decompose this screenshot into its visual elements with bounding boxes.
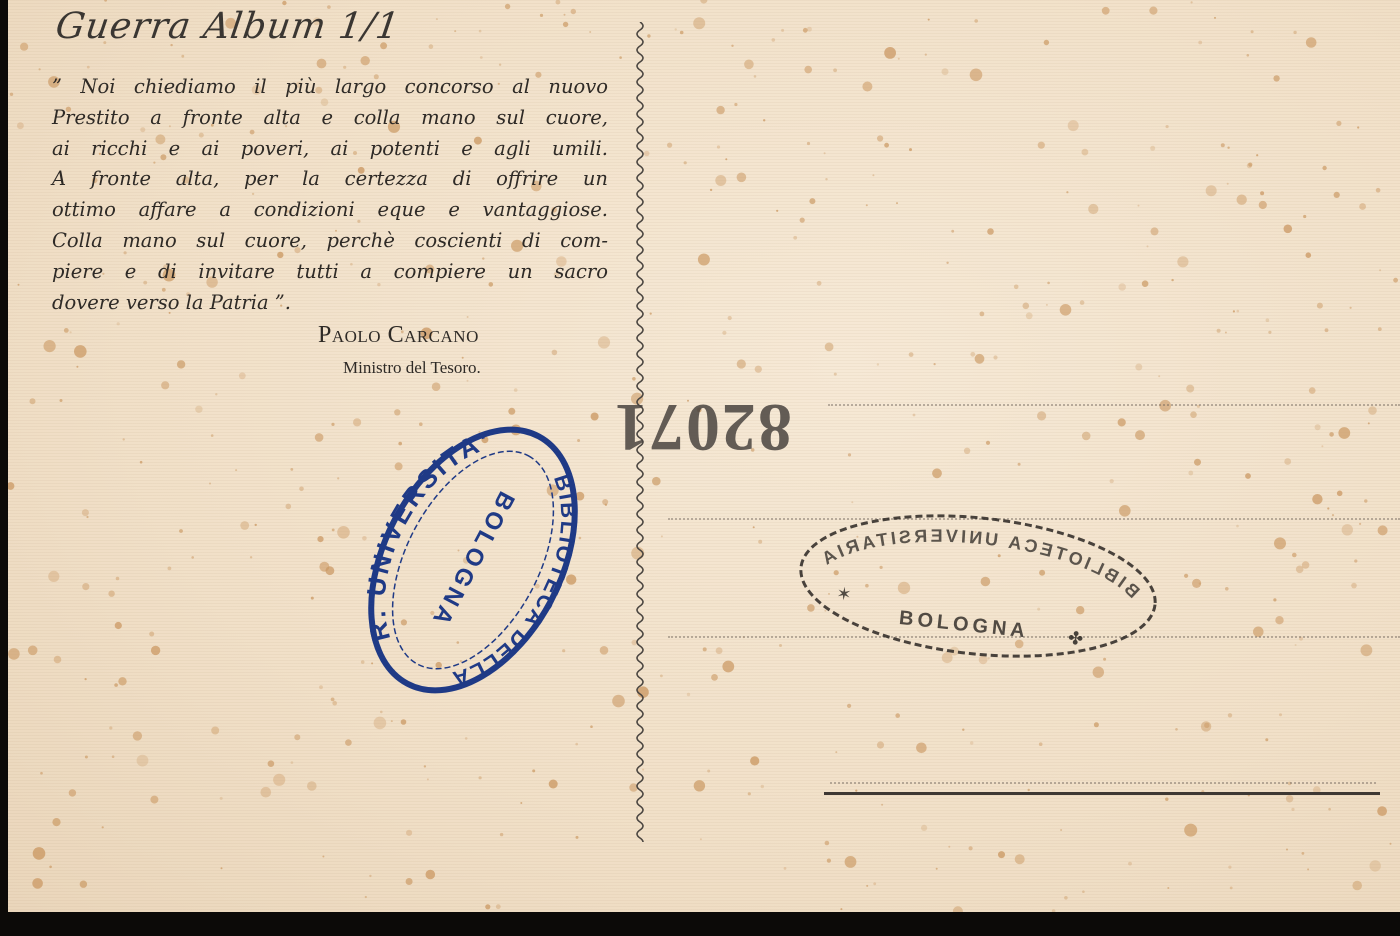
- address-underline: [824, 792, 1380, 795]
- quote-text: ” Noi chiediamo il più largo concorso al…: [52, 72, 608, 318]
- postcard-back: Guerra Album 1/1 ” Noi chiediamo il più …: [8, 0, 1400, 912]
- quote-line: piere e di invitare tutti a compiere un …: [52, 257, 608, 288]
- star-icon: ✶: [835, 583, 852, 605]
- quote-line: ai ricchi e ai poveri, ai potenti e agli…: [52, 134, 608, 165]
- quote-line: A fronte alta, per la certezza di offrir…: [52, 164, 608, 195]
- author-title: Ministro del Tesoro.: [343, 358, 481, 378]
- library-stamp-black: BIBLIOTECA UNIVERSITARIA BOLOGNA ✶ ✤: [783, 498, 1173, 668]
- stamp-black-bottom-text: BOLOGNA: [898, 607, 1030, 642]
- address-line-4: [830, 782, 1376, 784]
- quote-line: Prestito a fronte alta e colla mano sul …: [52, 103, 608, 134]
- address-line-1: [828, 404, 1400, 406]
- quote-line: Colla mano sul cuore, perchè coscienti d…: [52, 226, 608, 257]
- fleur-icon: ✤: [1067, 628, 1084, 650]
- quote-line: ” Noi chiediamo il più largo concorso al…: [52, 72, 608, 103]
- handwritten-note: Guerra Album 1/1: [53, 6, 403, 47]
- library-stamp-blue: R. UNIVERSITA' BIBLIOTECA DELLA BOLOGNA: [338, 410, 608, 710]
- quote-line: ottimo affare a condizioni eque e vantag…: [52, 195, 608, 226]
- serial-number: 82071: [612, 394, 792, 462]
- quote-line: dovere verso la Patria ”.: [52, 288, 608, 319]
- stamp-blue-inner-bottom: BOLOGNA: [425, 487, 520, 633]
- author-name: Paolo Carcano: [318, 322, 479, 349]
